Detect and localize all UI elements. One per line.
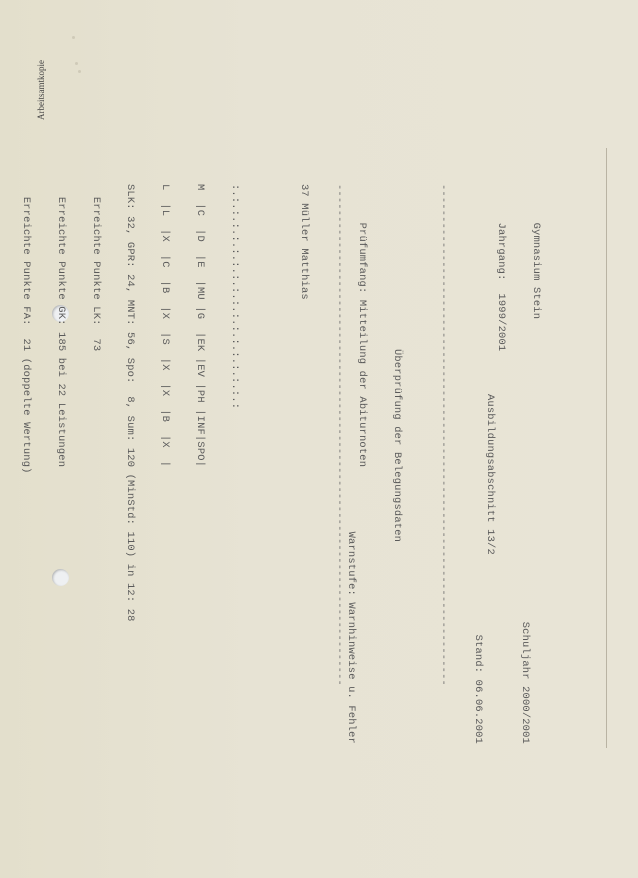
result-line: Erreichte Punkte GK: 185 bei 22 Leistung… <box>54 184 66 744</box>
separator: ----------------------------------------… <box>437 184 449 744</box>
header-line-1: Gymnasium Stein Schuljahr 2000/2001 <box>541 184 553 744</box>
archive-stamp: Arbeitsamtkopie <box>36 0 50 120</box>
dots-row: :.:.:.:.:.:.:.:.:.:.:.:.:.:.:.:.:.: <box>228 184 240 744</box>
result-line: Erreichte Punkte FA: 21 (doppelte Wertun… <box>20 184 32 744</box>
speck <box>75 62 78 65</box>
stand-date: Stand: 06.06.2001 <box>472 635 484 744</box>
result-line: SLK: 32, GPR: 24, MNT: 56, Spo: 8, Sum: … <box>124 184 136 744</box>
subjects-row-m: M |C |D |E |MU |G |EK |EV |PH |INF|SPO| <box>193 184 205 744</box>
subjects-row-l: L |L |X |C |B |X |S |X |X |B |X | <box>159 184 171 744</box>
speck <box>72 36 75 39</box>
result-line: Erreichte Punkte LK: 73 <box>89 184 101 744</box>
student-name: 37 Müller Matthias <box>298 184 310 744</box>
check-title-row: Überprüfung der Belegungsdaten <box>402 184 414 744</box>
pruefumfang-row: Prüfumfang: Mitteilung der Abiturnoten W… <box>367 184 379 744</box>
school-year: Schuljahr 2000/2001 <box>518 622 530 744</box>
warnstufe: Warnstufe: Warnhinweise u. Fehler <box>344 532 356 744</box>
check-title: Überprüfung der Belegungsdaten <box>391 349 403 542</box>
ausbildungsabschnitt: Ausbildungsabschnitt 13/2 <box>483 394 495 555</box>
jahrgang: Jahrgang: 1999/2001 <box>495 223 507 352</box>
header-line-2: Jahrgang: 1999/2001 Ausbildungsabschnitt… <box>506 184 518 744</box>
separator: ----------------------------------------… <box>333 184 345 744</box>
pruefumfang: Prüfumfang: Mitteilung der Abiturnoten <box>356 223 368 468</box>
school-name: Gymnasium Stein <box>530 223 542 320</box>
speck <box>78 70 81 73</box>
document-body: Gymnasium Stein Schuljahr 2000/2001 Jahr… <box>0 184 576 744</box>
page-edge-shadow <box>606 148 607 748</box>
scanned-page: Arbeitsamtkopie Gymnasium Stein Schuljah… <box>0 0 638 878</box>
